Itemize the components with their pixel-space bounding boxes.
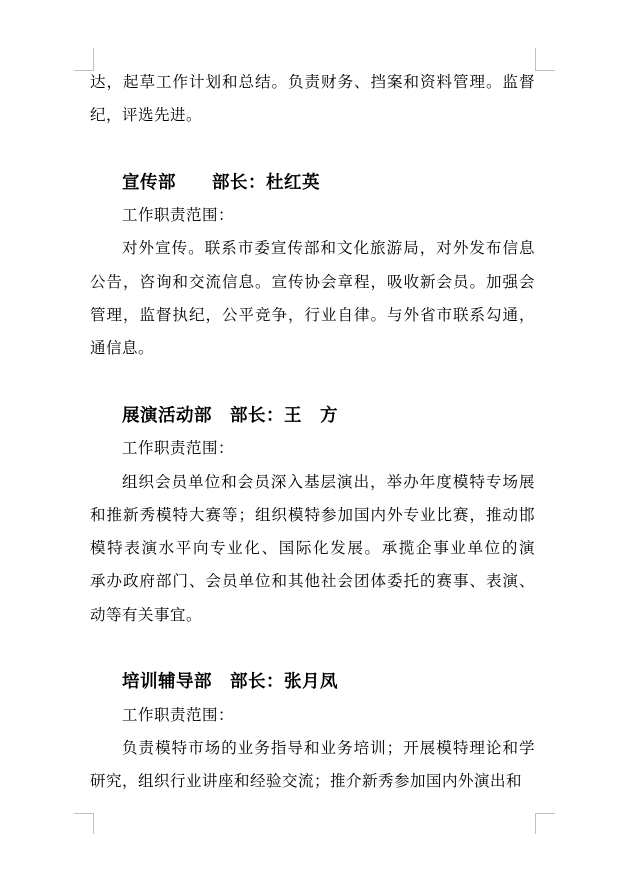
heading-line: 培训辅导部 部长：张月凤 [90, 665, 535, 698]
document-content: 达，起草工作计划和总结。负责财务、挡案和资料管理。监督执纪，评选先进。宣传部 部… [90, 66, 535, 799]
text-line: 对外宣传。联系市委宣传部和文化旅游局，对外发布信息和 [90, 232, 535, 265]
text-line: 管理，监督执纪，公平竞争，行业自律。与外省市联系勾通，互 [90, 299, 535, 332]
blank-line [90, 632, 535, 665]
text-line: 公告，咨询和交流信息。宣传协会章程，吸收新会员。加强会员 [90, 266, 535, 299]
text-line: 达，起草工作计划和总结。负责财务、挡案和资料管理。监督执 [90, 66, 535, 99]
heading-line: 宣传部 部长：杜红英 [90, 166, 535, 199]
margin-mark-top-right [535, 48, 555, 71]
text-line: 模特表演水平向专业化、国际化发展。承揽企事业单位的演出， [90, 532, 535, 565]
margin-mark-bottom-left [74, 813, 94, 834]
text-line: 组织会员单位和会员深入基层演出，举办年度模特专场展示 [90, 466, 535, 499]
text-line: 动等有关事宜。 [90, 599, 535, 632]
text-line: 负责模特市场的业务指导和业务培训；开展模特理论和学术 [90, 732, 535, 765]
heading-line: 展演活动部 部长：王 方 [90, 399, 535, 432]
text-line: 承办政府部门、会员单位和其他社会团体委托的赛事、表演、活 [90, 565, 535, 598]
blank-line [90, 133, 535, 166]
text-line: 纪，评选先进。 [90, 99, 535, 132]
margin-mark-bottom-right [535, 813, 555, 834]
text-line: 和推新秀模特大赛等；组织模特参加国内外专业比赛，推动邯郸 [90, 499, 535, 532]
blank-line [90, 366, 535, 399]
document-page[interactable]: 达，起草工作计划和总结。负责财务、挡案和资料管理。监督执纪，评选先进。宣传部 部… [0, 0, 625, 886]
text-line: 通信息。 [90, 332, 535, 365]
text-line: 工作职责范围： [90, 199, 535, 232]
text-line: 工作职责范围： [90, 432, 535, 465]
text-line: 工作职责范围： [90, 699, 535, 732]
text-line: 研究，组织行业讲座和经验交流；推介新秀参加国内外演出和比 [90, 765, 535, 798]
